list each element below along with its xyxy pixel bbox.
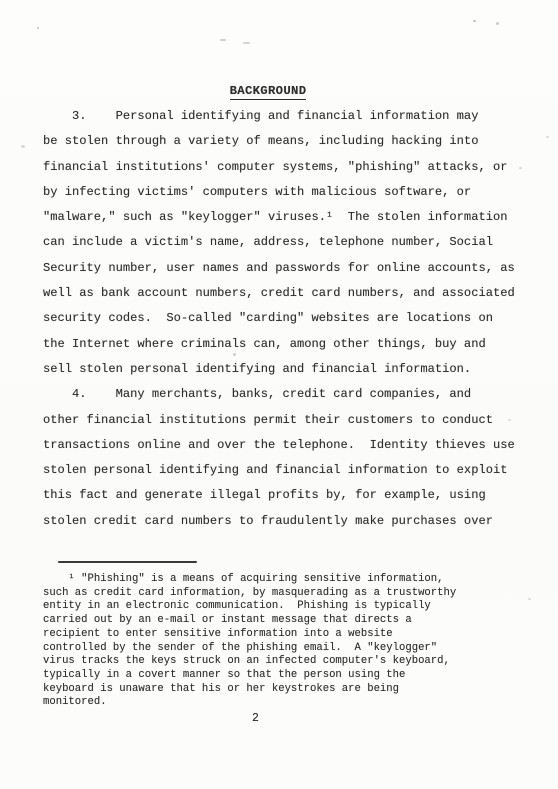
body-line: stolen personal identifying and financia… <box>43 458 515 483</box>
footnote-line: recipient to enter sensitive information… <box>43 628 456 642</box>
scan-speck <box>496 22 499 25</box>
footnote-line: controlled by the sender of the phishing… <box>43 642 456 656</box>
body-line: by infecting victims' computers with mal… <box>43 180 515 205</box>
footnote-line: monitored. <box>43 696 456 710</box>
body-line: well as bank account numbers, credit car… <box>43 281 515 306</box>
scan-speck <box>21 145 25 148</box>
body-line: financial institutions' computer systems… <box>43 155 515 180</box>
footnote-line: keyboard is unaware that his or her keys… <box>43 683 456 697</box>
scan-speck <box>233 353 236 356</box>
footnote-line: such as credit card information, by masq… <box>43 587 456 601</box>
footnote-line: carried out by an e-mail or instant mess… <box>43 614 456 628</box>
scan-speck <box>220 39 226 41</box>
document-page: BACKGROUND 3. Personal identifying and f… <box>0 0 558 789</box>
body-line: 4. Many merchants, banks, credit card co… <box>43 382 515 407</box>
body-line: Security number, user names and password… <box>43 256 515 281</box>
body-line: be stolen through a variety of means, in… <box>43 129 515 154</box>
footnote-separator <box>58 561 197 563</box>
footnote-line: typically in a covert manner so that the… <box>43 669 456 683</box>
body-line: can include a victim's name, address, te… <box>43 230 515 255</box>
scan-speck <box>528 598 531 600</box>
body-line: security codes. So-called "carding" webs… <box>43 306 515 331</box>
body-line: the Internet where criminals can, among … <box>43 332 515 357</box>
body-line: stolen credit card numbers to fraudulent… <box>43 509 515 534</box>
scan-speck <box>546 136 549 138</box>
body-line: transactions online and over the telepho… <box>43 433 515 458</box>
scan-speck <box>473 20 476 22</box>
footnote-line: entity in an electronic communication. P… <box>43 600 456 614</box>
body-line: this fact and generate illegal profits b… <box>43 483 515 508</box>
footnote-line: ¹ "Phishing" is a means of acquiring sen… <box>43 573 456 587</box>
page-number: 2 <box>252 712 259 725</box>
body-line: other financial institutions permit thei… <box>43 408 515 433</box>
scan-speck <box>508 419 511 421</box>
footnote-text: ¹ "Phishing" is a means of acquiring sen… <box>43 573 456 710</box>
footnote-line: virus tracks the keys struck on an infec… <box>43 655 456 669</box>
scan-speck <box>37 27 39 29</box>
section-heading: BACKGROUND <box>230 84 307 100</box>
body-text: 3. Personal identifying and financial in… <box>43 104 515 534</box>
scan-speck <box>519 167 522 169</box>
heading-container: BACKGROUND <box>0 81 536 100</box>
body-line: 3. Personal identifying and financial in… <box>43 104 515 129</box>
body-line: sell stolen personal identifying and fin… <box>43 357 515 382</box>
body-line: "malware," such as "keylogger" viruses.¹… <box>43 205 515 230</box>
scan-speck <box>243 42 250 44</box>
